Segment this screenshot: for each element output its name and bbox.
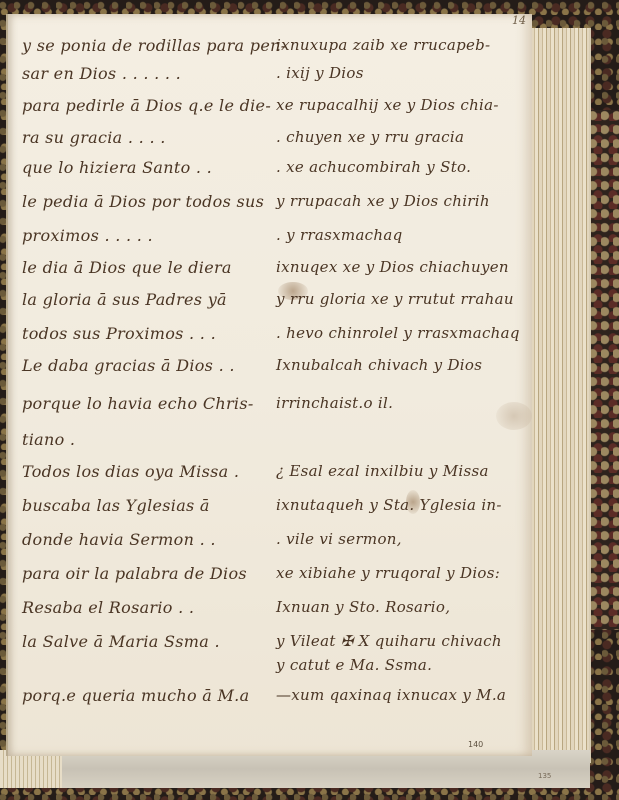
manuscript-line: le dia ā Dios que le dieraixnuqex xe y D… [22,258,532,286]
spanish-text: tiano . [22,430,272,449]
indigenous-text: xe rupacalhij xe y Dios chia- [276,96,536,114]
manuscript-page: 14 y se ponia de rodillas para pen-ixnux… [6,14,532,756]
spanish-text: la gloria ā sus Padres yā [22,290,272,309]
manuscript-line: Le daba gracias ā Dios . .Ixnubalcah chi… [22,356,532,384]
indigenous-text: y rrupacah xe y Dios chirih [276,192,536,210]
spanish-text: buscaba las Yglesias ā [22,496,272,515]
page-number: 140 [468,740,483,749]
manuscript-line: proximos . . . . .. y rrasxmachaq [22,226,532,254]
manuscript-line: para pedirle ā Dios q.e le die-xe rupaca… [22,96,532,124]
spanish-text: para pedirle ā Dios q.e le die- [22,96,272,115]
spanish-text: todos sus Proximos . . . [22,324,272,343]
manuscript-line: donde havia Sermon . .. vile vi sermon, [22,530,532,558]
spanish-text: porq.e queria mucho ā M.a [22,686,272,705]
marbled-cover [589,110,619,630]
spanish-text: sar en Dios . . . . . . [22,64,272,83]
spanish-text: porque lo havia echo Chris- [22,394,272,413]
manuscript-line: y catut e Ma. Ssma. [22,656,532,684]
page-number-secondary: 135 [538,772,551,780]
indigenous-text: irrinchaist.o il. [276,394,536,412]
spanish-text: le pedia ā Dios por todos sus [22,192,272,211]
manuscript-line: para oir la palabra de Diosxe xibiahe y … [22,564,532,592]
spanish-text: le dia ā Dios que le diera [22,258,272,277]
indigenous-text: ¿ Esal ezal inxilbiu y Missa [276,462,536,480]
indigenous-text: . hevo chinrolel y rrasxmachaq [276,324,536,342]
indigenous-text: —xum qaxinaq ixnucax y M.a [276,686,536,704]
indigenous-text: . xe achucombirah y Sto. [276,158,536,176]
spanish-text: que lo hiziera Santo . . [22,158,272,177]
indigenous-text: . ixij y Dios [276,64,536,82]
manuscript-line: todos sus Proximos . . .. hevo chinrolel… [22,324,532,352]
manuscript-line: buscaba las Yglesias āixnutaqueh y Sta. … [22,496,532,524]
indigenous-text: . chuyen xe y rru gracia [276,128,536,146]
indigenous-text: . vile vi sermon, [276,530,536,548]
manuscript-line: y se ponia de rodillas para pen-ixnuxupa… [22,36,532,64]
indigenous-text: ixnutaqueh y Sta. Yglesia in- [276,496,536,514]
indigenous-text: xe xibiahe y rruqoral y Dios: [276,564,536,582]
manuscript-line: ra su gracia . . . .. chuyen xe y rru gr… [22,128,532,156]
spanish-text: Todos los dias oya Missa . [22,462,272,481]
spanish-text: proximos . . . . . [22,226,272,245]
indigenous-text: y rru gloria xe y rrutut rrahau [276,290,536,308]
indigenous-text: . y rrasxmachaq [276,226,536,244]
spanish-text: la Salve ā Maria Ssma . [22,632,272,651]
folio-number: 14 [512,14,526,27]
spanish-text: donde havia Sermon . . [22,530,272,549]
manuscript-line: porque lo havia echo Chris-irrinchaist.o… [22,394,532,422]
manuscript-line: Resaba el Rosario . .Ixnuan y Sto. Rosar… [22,598,532,626]
spanish-text: para oir la palabra de Dios [22,564,272,583]
manuscript-line: porq.e queria mucho ā M.a—xum qaxinaq ix… [22,686,532,714]
manuscript-line: le pedia ā Dios por todos susy rrupacah … [22,192,532,220]
spanish-text: Le daba gracias ā Dios . . [22,356,272,375]
indigenous-text: y Vileat ✠ X quiharu chivach [276,632,536,650]
manuscript-line: tiano . [22,430,532,458]
spanish-text: y se ponia de rodillas para pen- [22,36,272,55]
manuscript-line: que lo hiziera Santo . .. xe achucombira… [22,158,532,186]
manuscript-line: sar en Dios . . . . . .. ixij y Dios [22,64,532,92]
indigenous-text: Ixnubalcah chivach y Dios [276,356,536,374]
spanish-text: ra su gracia . . . . [22,128,272,147]
spanish-text: Resaba el Rosario . . [22,598,272,617]
indigenous-text: ixnuqex xe y Dios chiachuyen [276,258,536,276]
indigenous-text: Ixnuan y Sto. Rosario, [276,598,536,616]
manuscript-line: la gloria ā sus Padres yāy rru gloria xe… [22,290,532,318]
manuscript-line: Todos los dias oya Missa .¿ Esal ezal in… [22,462,532,490]
indigenous-text: ixnuxupa zaib xe rrucapeb- [276,36,536,54]
indigenous-text: y catut e Ma. Ssma. [276,656,536,674]
